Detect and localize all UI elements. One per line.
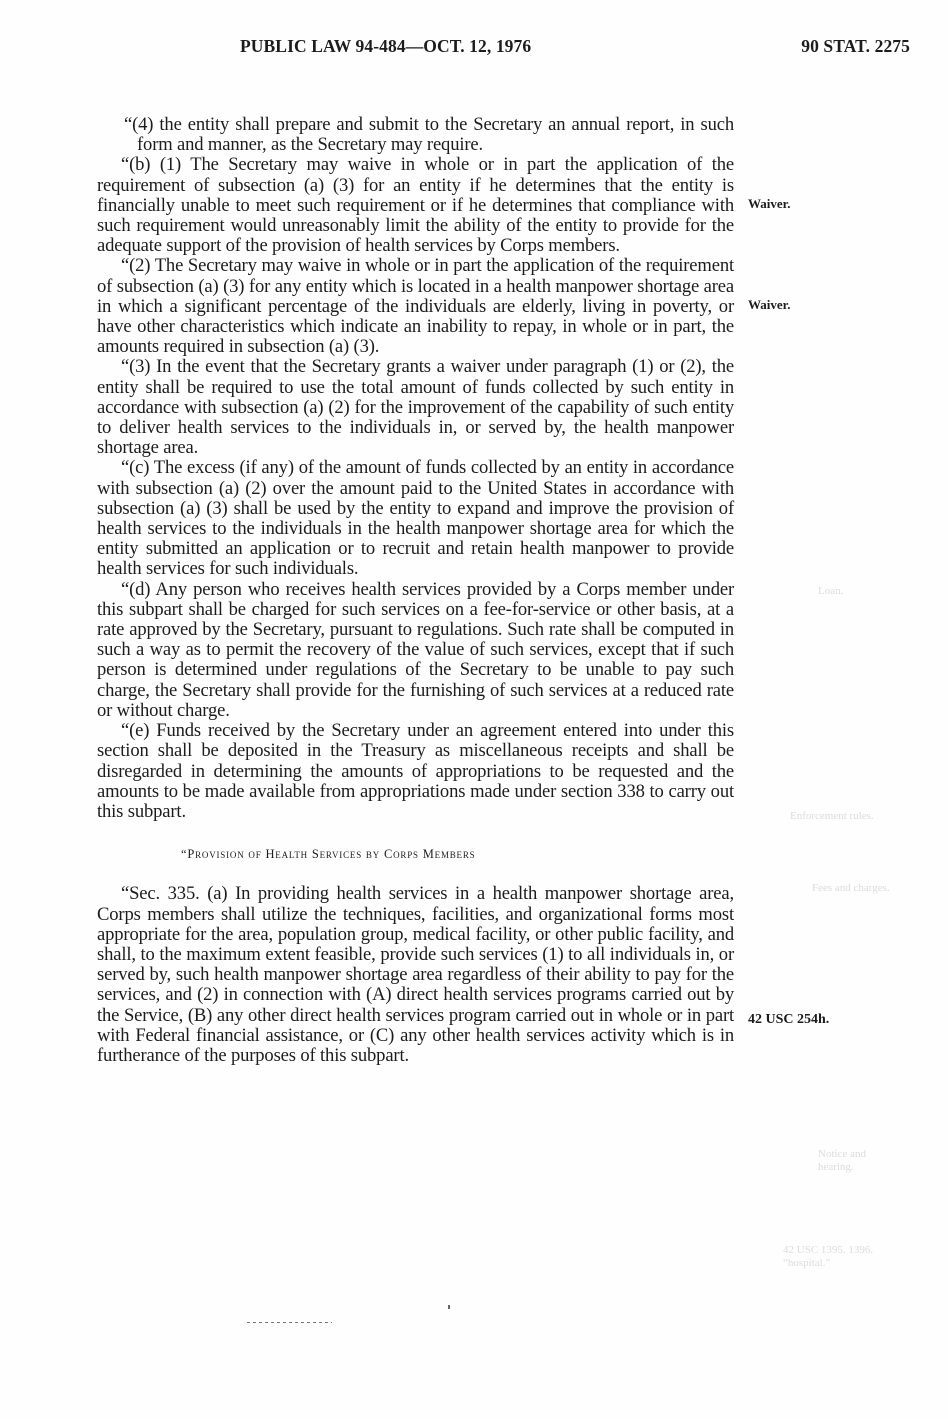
paragraph-b3: “(3) In the event that the Secretary gra… — [97, 357, 734, 458]
paragraph-b2: “(2) The Secretary may waive in whole or… — [97, 256, 734, 357]
paragraph-d: “(d) Any person who receives health serv… — [97, 580, 734, 721]
bleed-through-note: Notice and hearing. — [818, 1148, 888, 1174]
section-heading: “Provision of Health Services by Corps M… — [97, 844, 734, 864]
page-header: PUBLIC LAW 94-484—OCT. 12, 1976 90 STAT.… — [240, 36, 910, 60]
paragraph-e: “(e) Funds received by the Secretary und… — [97, 721, 734, 822]
paragraph-a4: “(4) the entity shall prepare and submit… — [97, 115, 734, 155]
statute-body: “(4) the entity shall prepare and submit… — [97, 115, 734, 1066]
document-page: Loan. Enforcement rules. Fees and charge… — [0, 0, 948, 1419]
scan-artifact — [247, 1322, 332, 1323]
public-law-title: PUBLIC LAW 94-484—OCT. 12, 1976 — [240, 36, 531, 57]
paragraph-c: “(c) The excess (if any) of the amount o… — [97, 458, 734, 579]
bleed-through-note: Enforcement rules. — [790, 810, 874, 823]
scan-artifact — [448, 1305, 450, 1309]
section-335-paragraph: “Sec. 335. (a) In providing health servi… — [97, 884, 734, 1066]
bleed-through-note: 42 USC 1395. 1396. “hospital.” — [783, 1244, 893, 1270]
bleed-through-note: Fees and charges. — [812, 882, 892, 895]
bleed-through-note: Loan. — [818, 585, 843, 598]
statute-page-number: 90 STAT. 2275 — [801, 36, 910, 57]
sidenote-usc-citation: 42 USC 254h. — [748, 1012, 829, 1028]
sidenote-waiver: Waiver. — [748, 196, 791, 212]
paragraph-b1: “(b) (1) The Secretary may waive in whol… — [97, 155, 734, 256]
sidenote-waiver: Waiver. — [748, 297, 791, 313]
